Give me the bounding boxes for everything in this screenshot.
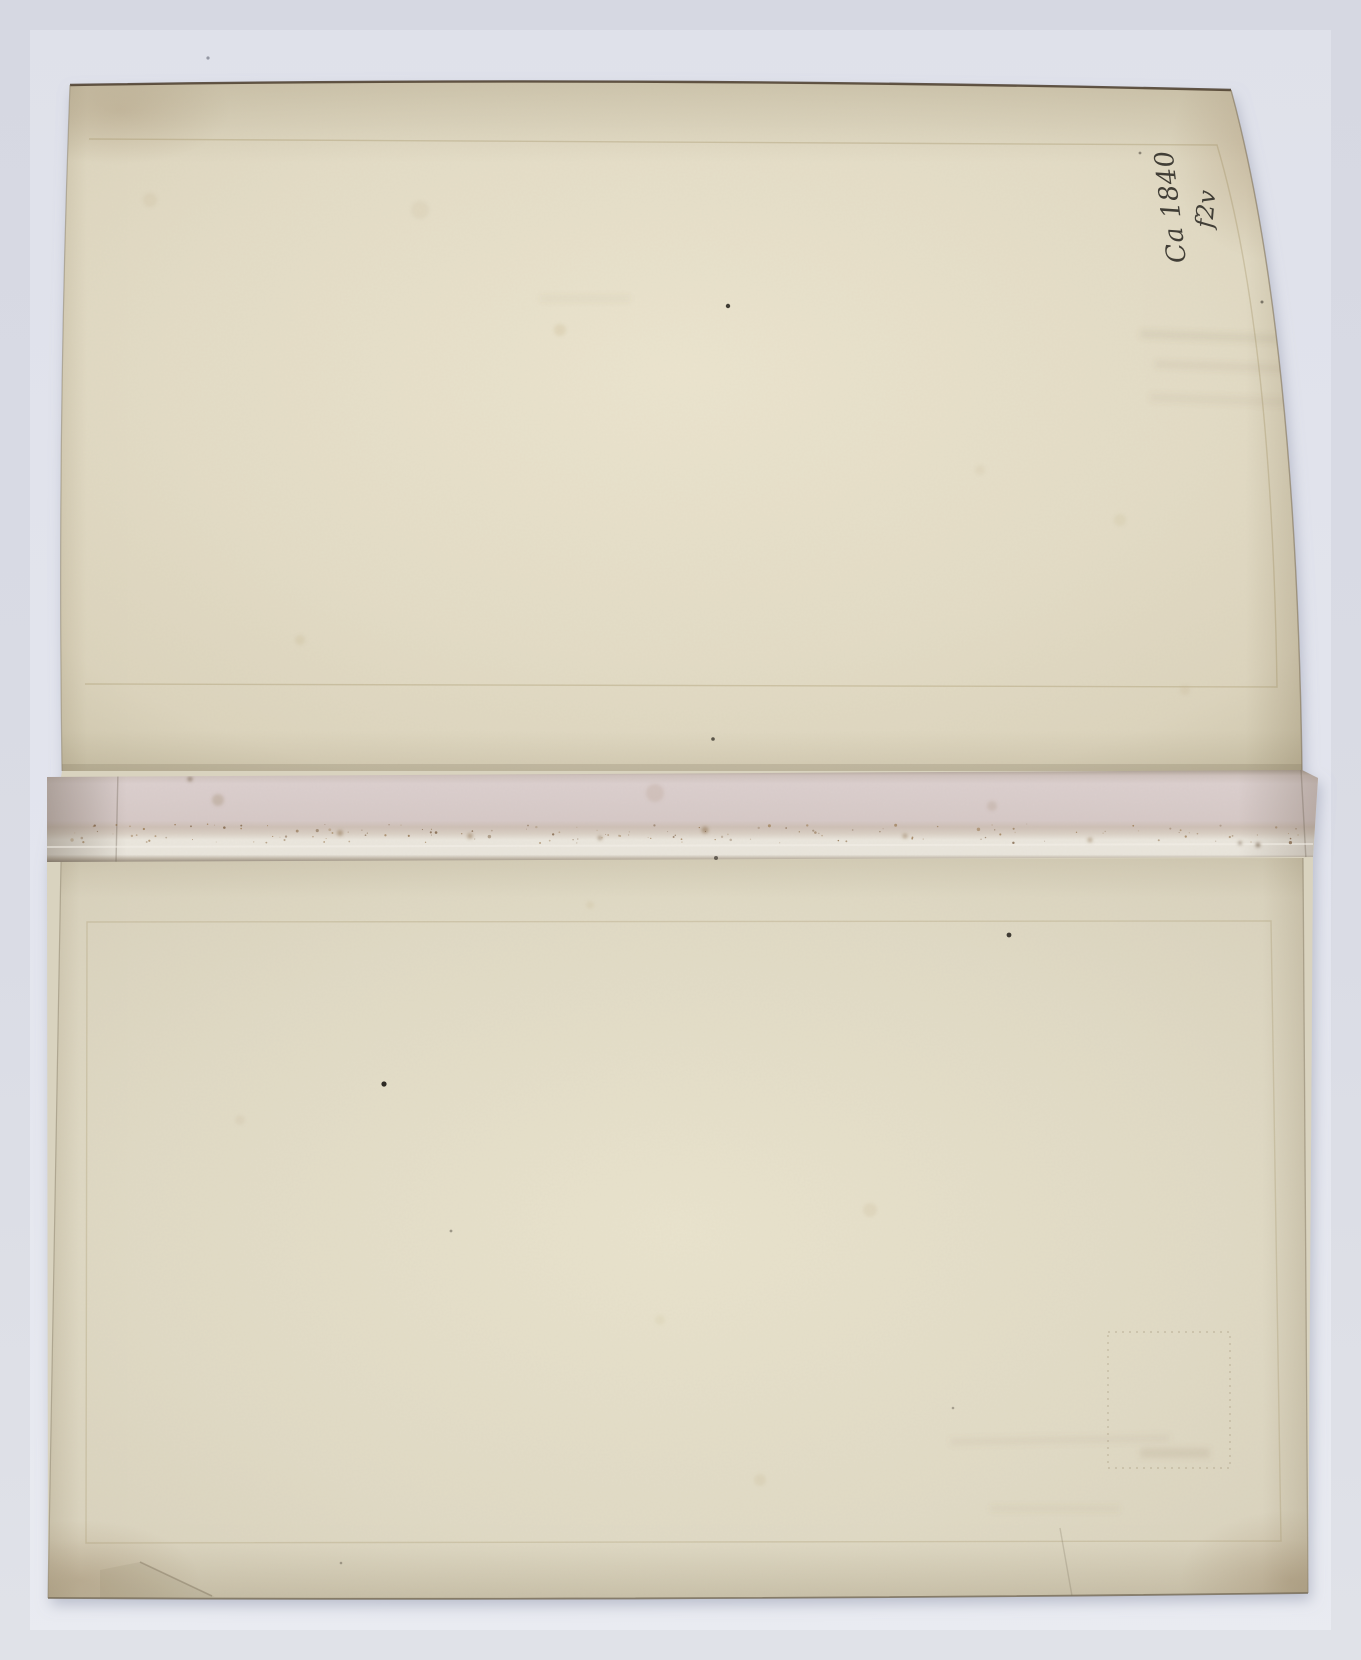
speck (977, 828, 980, 831)
speck (348, 841, 350, 843)
speck (1275, 826, 1277, 828)
speck (552, 833, 554, 835)
speck (1297, 834, 1299, 836)
speck (952, 1407, 955, 1410)
speck (799, 831, 800, 832)
speck (1105, 831, 1106, 832)
speck (143, 193, 157, 207)
speck (750, 839, 751, 840)
speck (296, 830, 299, 833)
annotation-line-2: f2v (1190, 189, 1221, 231)
speck (576, 827, 577, 828)
speck (81, 837, 84, 840)
hinge-tape (47, 768, 1320, 864)
speck (838, 840, 839, 841)
speck (554, 324, 566, 336)
speck (1179, 832, 1180, 833)
speck (1295, 828, 1297, 830)
speck (987, 801, 997, 811)
speck (285, 835, 287, 837)
speck (577, 839, 578, 840)
speck (1076, 832, 1077, 833)
speck (527, 825, 529, 827)
speck (758, 827, 760, 829)
speck (705, 831, 706, 832)
speck (601, 837, 602, 838)
speck (923, 839, 924, 840)
speck (1180, 829, 1182, 831)
speck (188, 777, 193, 782)
speck (1290, 838, 1292, 840)
speck (863, 1203, 877, 1217)
speck (384, 834, 386, 836)
speck (112, 833, 113, 834)
speck (806, 824, 808, 826)
speck (435, 831, 438, 834)
speck (131, 835, 133, 837)
speck (326, 838, 327, 839)
speck (295, 635, 305, 645)
speck (605, 834, 606, 835)
speck (650, 838, 651, 839)
speck (937, 826, 938, 827)
speck (223, 826, 226, 829)
speck (388, 824, 389, 825)
speck (628, 834, 629, 835)
speck (431, 829, 432, 830)
speck (174, 824, 176, 826)
speck (323, 841, 325, 843)
speck (1138, 830, 1139, 831)
speck (332, 832, 334, 834)
speck (148, 840, 150, 842)
speck (430, 831, 432, 833)
photo-of-antique-paper-verso: Ca 1840 f2v (0, 0, 1361, 1660)
speck (1139, 152, 1142, 155)
speck (814, 831, 817, 834)
speck (586, 901, 594, 909)
speck (367, 833, 368, 834)
speck (1132, 825, 1134, 827)
speck (1026, 823, 1027, 824)
speck (729, 839, 732, 842)
speck (491, 830, 493, 832)
speck (216, 841, 217, 842)
speck (253, 841, 254, 842)
speck (143, 828, 145, 830)
speck (408, 835, 410, 837)
speck (1197, 833, 1199, 835)
speck (472, 830, 474, 832)
speck (190, 825, 192, 827)
speck (539, 842, 541, 844)
speck (1261, 301, 1264, 304)
speck (681, 842, 682, 843)
speck (1288, 833, 1289, 834)
speck (903, 834, 908, 839)
speck (1250, 841, 1251, 842)
speck (702, 827, 709, 834)
speck (999, 833, 1001, 835)
speck (361, 830, 362, 831)
speck (1014, 832, 1015, 833)
speck (1044, 841, 1045, 842)
speck (240, 825, 242, 827)
speck (711, 737, 715, 741)
speck (653, 824, 655, 826)
speck (754, 1474, 766, 1486)
speck (400, 824, 401, 825)
speck (821, 835, 823, 837)
speck (721, 836, 723, 838)
speck (655, 1315, 665, 1325)
speck (1238, 841, 1242, 845)
speck (699, 827, 700, 828)
speck (1189, 832, 1190, 833)
speck (715, 839, 716, 840)
speck (1257, 835, 1258, 836)
speck (992, 825, 993, 826)
speck (576, 842, 577, 843)
speck (667, 831, 668, 832)
speck (212, 794, 224, 806)
speck (279, 837, 280, 838)
speck (265, 842, 267, 844)
speck (450, 1230, 453, 1233)
speck (879, 831, 881, 833)
speck (549, 840, 551, 842)
speck (93, 826, 95, 828)
speck (1289, 841, 1292, 844)
speck (146, 841, 148, 843)
speck (474, 838, 475, 839)
speck (312, 836, 314, 838)
speck (1012, 842, 1014, 844)
speck (1007, 933, 1012, 938)
speck (316, 829, 319, 832)
speck (74, 832, 75, 833)
speck (912, 837, 914, 839)
speck (1013, 828, 1015, 830)
speck (283, 839, 285, 841)
speck (467, 833, 473, 839)
speck (883, 828, 884, 829)
speck (1169, 828, 1171, 830)
speck (607, 834, 609, 836)
speck (1158, 839, 1160, 841)
speck (572, 839, 573, 840)
speck (1088, 838, 1093, 843)
speck (70, 838, 73, 841)
speck (1103, 833, 1104, 834)
speck (411, 201, 429, 219)
speck (558, 831, 560, 833)
speck (340, 1562, 343, 1565)
speck (1185, 835, 1187, 837)
speck (812, 830, 814, 832)
speck (461, 833, 462, 834)
speck (985, 837, 986, 838)
speck (852, 829, 854, 831)
speck (267, 825, 268, 826)
speck (727, 834, 729, 836)
speck (673, 836, 675, 838)
speck (818, 833, 819, 834)
speck (975, 465, 985, 475)
speck (845, 840, 847, 842)
speck (337, 830, 343, 836)
speck (535, 826, 537, 828)
speck (324, 824, 325, 825)
speck (115, 824, 117, 826)
speck (681, 838, 683, 840)
speck (192, 839, 193, 840)
speck (488, 835, 491, 838)
speck (82, 841, 84, 843)
speck (1256, 843, 1260, 847)
speck (214, 825, 215, 826)
speck (365, 834, 367, 836)
scene-canvas: Ca 1840 f2v (0, 0, 1361, 1660)
speck (431, 835, 432, 836)
speck (1215, 841, 1216, 842)
speck (155, 835, 157, 837)
speck (381, 1081, 386, 1086)
speck (272, 836, 273, 837)
speck (675, 835, 676, 836)
speck (425, 842, 426, 843)
speck (714, 856, 718, 860)
speck (240, 828, 242, 830)
speck (526, 829, 527, 830)
speck (422, 829, 423, 830)
speck (768, 824, 771, 827)
speck (629, 831, 630, 832)
speck (235, 1115, 245, 1125)
speck (1232, 835, 1234, 837)
speck (1180, 685, 1190, 695)
speck (648, 837, 649, 838)
speck (165, 837, 167, 839)
speck (726, 304, 730, 308)
speck (328, 828, 331, 831)
speck (1219, 825, 1221, 827)
speck (980, 839, 981, 840)
speck (207, 824, 208, 825)
speck (779, 842, 780, 843)
speck (348, 831, 349, 832)
speck (129, 825, 131, 827)
speck (785, 827, 787, 829)
speck (206, 56, 209, 59)
speck (646, 784, 664, 802)
speck (136, 834, 138, 836)
speck (1229, 836, 1231, 838)
speck (97, 831, 98, 832)
speck (894, 824, 897, 827)
speck (597, 830, 598, 831)
speck (1114, 514, 1126, 526)
speck (619, 835, 621, 837)
speck (994, 829, 995, 830)
